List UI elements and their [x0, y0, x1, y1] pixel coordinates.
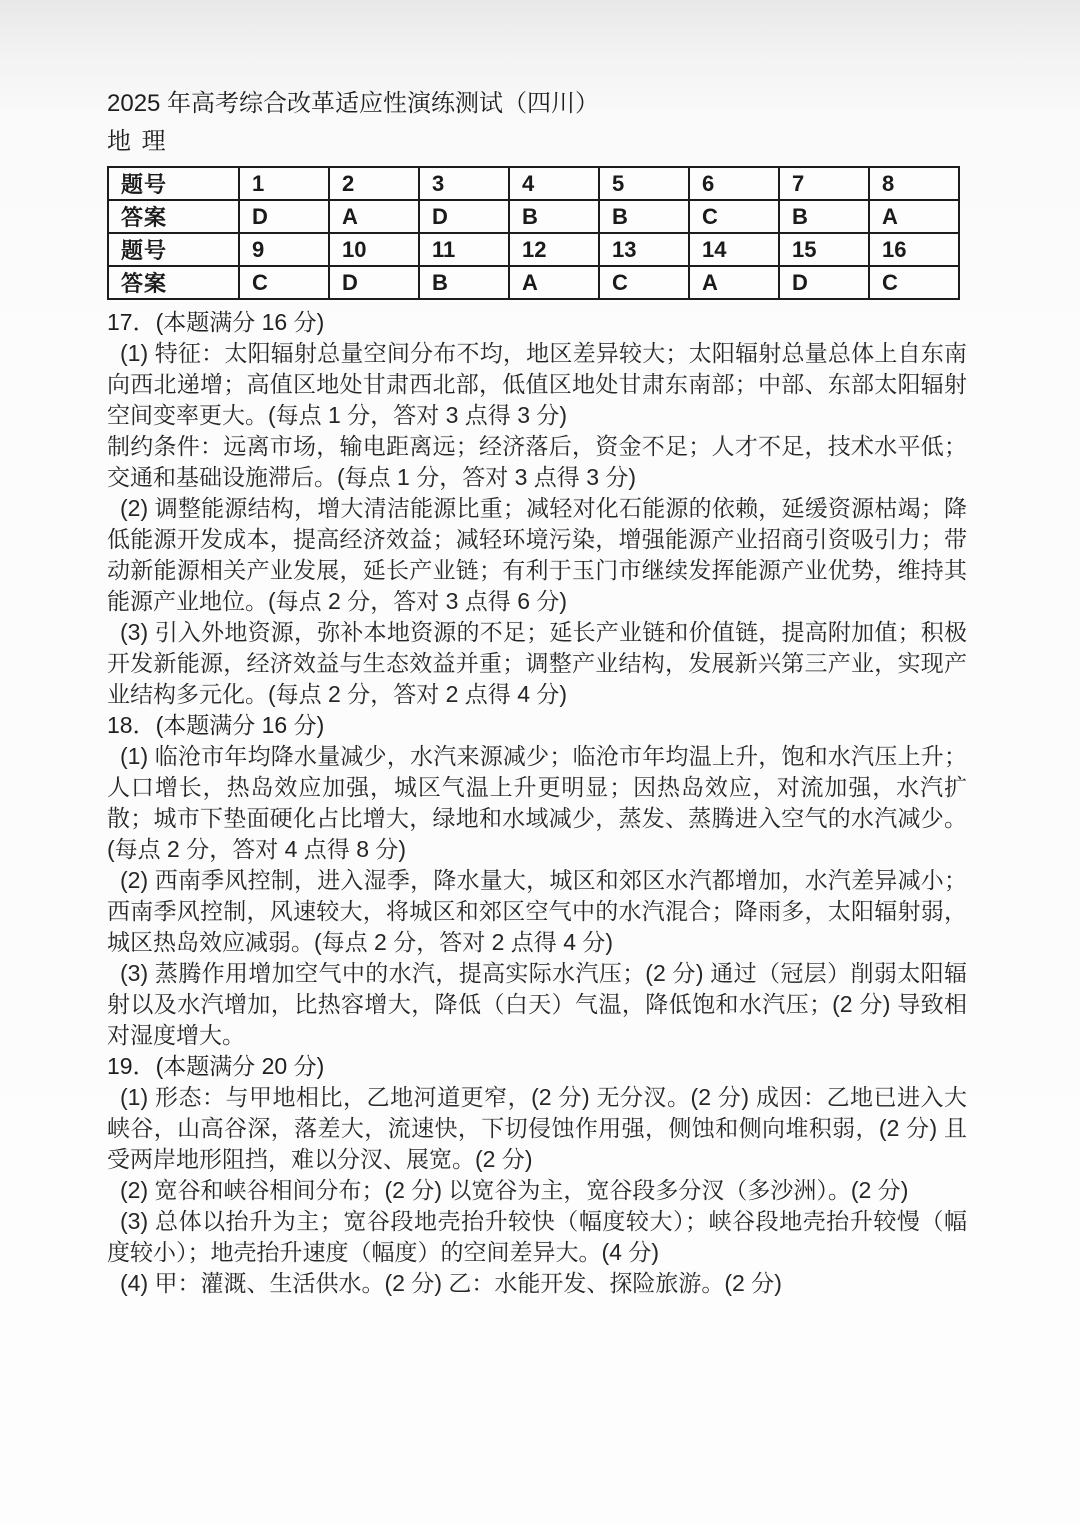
question-17-part-2: (2) 调整能源结构，增大清洁能源比重；减轻对化石能源的依赖，延缓资源枯竭；降低…: [107, 493, 967, 617]
subject-label: 地 理: [107, 126, 968, 158]
answer-cell: B: [779, 200, 869, 233]
question-number-cell: 3: [419, 167, 509, 200]
question-number-cell: 12: [509, 233, 599, 266]
answer-cell: B: [419, 266, 509, 299]
answer-cell: C: [239, 266, 329, 299]
question-19-heading: 19．(本题满分 20 分): [107, 1051, 967, 1082]
answer-cell: C: [599, 266, 689, 299]
question-number-cell: 7: [779, 167, 869, 200]
question-19-part-4: (4) 甲：灌溉、生活供水。(2 分) 乙：水能开发、探险旅游。(2 分): [107, 1268, 967, 1299]
row-label: 题号: [108, 233, 239, 266]
question-number-cell: 13: [599, 233, 689, 266]
row-label: 答案: [108, 200, 239, 233]
table-row-question-numbers-2: 题号 9 10 11 12 13 14 15 16: [108, 233, 959, 266]
answer-cell: D: [419, 200, 509, 233]
answer-key-table: 题号 1 2 3 4 5 6 7 8 答案 D A D B B C B A: [107, 166, 960, 300]
answers-content: 17．(本题满分 16 分) (1) 特征：太阳辐射总量空间分布不均，地区差异较…: [107, 307, 967, 1299]
question-number-cell: 14: [689, 233, 779, 266]
table-row-question-numbers-1: 题号 1 2 3 4 5 6 7 8: [108, 167, 959, 200]
question-number-cell: 5: [599, 167, 689, 200]
question-number-cell: 10: [329, 233, 419, 266]
question-17-part-1-constraints: 制约条件：远离市场，输电距离远；经济落后，资金不足；人才不足，技术水平低；交通和…: [107, 431, 967, 493]
answer-cell: C: [689, 200, 779, 233]
answer-cell: D: [239, 200, 329, 233]
question-17-heading: 17．(本题满分 16 分): [107, 307, 967, 338]
question-number-cell: 2: [329, 167, 419, 200]
table-row-answers-2: 答案 C D B A C A D C: [108, 266, 959, 299]
row-label: 题号: [108, 167, 239, 200]
question-18-part-3: (3) 蒸腾作用增加空气中的水汽，提高实际水汽压；(2 分) 通过（冠层）削弱太…: [107, 958, 967, 1051]
question-18-heading: 18．(本题满分 16 分): [107, 710, 967, 741]
question-number-cell: 11: [419, 233, 509, 266]
answer-cell: B: [509, 200, 599, 233]
answer-cell: D: [779, 266, 869, 299]
answer-cell: A: [689, 266, 779, 299]
question-number-cell: 8: [869, 167, 959, 200]
question-number-cell: 1: [239, 167, 329, 200]
question-number-cell: 9: [239, 233, 329, 266]
question-18-part-2: (2) 西南季风控制，进入湿季，降水量大，城区和郊区水汽都增加，水汽差异减小；西…: [107, 865, 967, 958]
question-number-cell: 15: [779, 233, 869, 266]
question-number-cell: 16: [869, 233, 959, 266]
answer-cell: C: [869, 266, 959, 299]
question-17-part-1: (1) 特征：太阳辐射总量空间分布不均，地区差异较大；太阳辐射总量总体上自东南向…: [107, 338, 967, 431]
question-19-part-1: (1) 形态：与甲地相比，乙地河道更窄，(2 分) 无分汊。(2 分) 成因：乙…: [107, 1082, 967, 1175]
question-19-part-3: (3) 总体以抬升为主；宽谷段地壳抬升较快（幅度较大）；峡谷段地壳抬升较慢（幅度…: [107, 1206, 967, 1268]
answer-cell: A: [329, 200, 419, 233]
answer-cell: A: [509, 266, 599, 299]
answer-cell: D: [329, 266, 419, 299]
table-row-answers-1: 答案 D A D B B C B A: [108, 200, 959, 233]
question-number-cell: 4: [509, 167, 599, 200]
answer-cell: A: [869, 200, 959, 233]
page-title: 2025 年高考综合改革适应性演练测试（四川）: [107, 88, 968, 120]
row-label: 答案: [108, 266, 239, 299]
question-19-part-2: (2) 宽谷和峡谷相间分布；(2 分) 以宽谷为主，宽谷段多分汊（多沙洲）。(2…: [107, 1175, 967, 1206]
question-18-part-1: (1) 临沧市年均降水量减少，水汽来源减少；临沧市年均温上升，饱和水汽压上升；人…: [107, 741, 967, 865]
answer-cell: B: [599, 200, 689, 233]
document-page: 2025 年高考综合改革适应性演练测试（四川） 地 理 题号 1 2 3 4 5…: [0, 0, 1080, 1523]
question-17-part-3: (3) 引入外地资源，弥补本地资源的不足；延长产业链和价值链，提高附加值；积极开…: [107, 617, 967, 710]
question-number-cell: 6: [689, 167, 779, 200]
